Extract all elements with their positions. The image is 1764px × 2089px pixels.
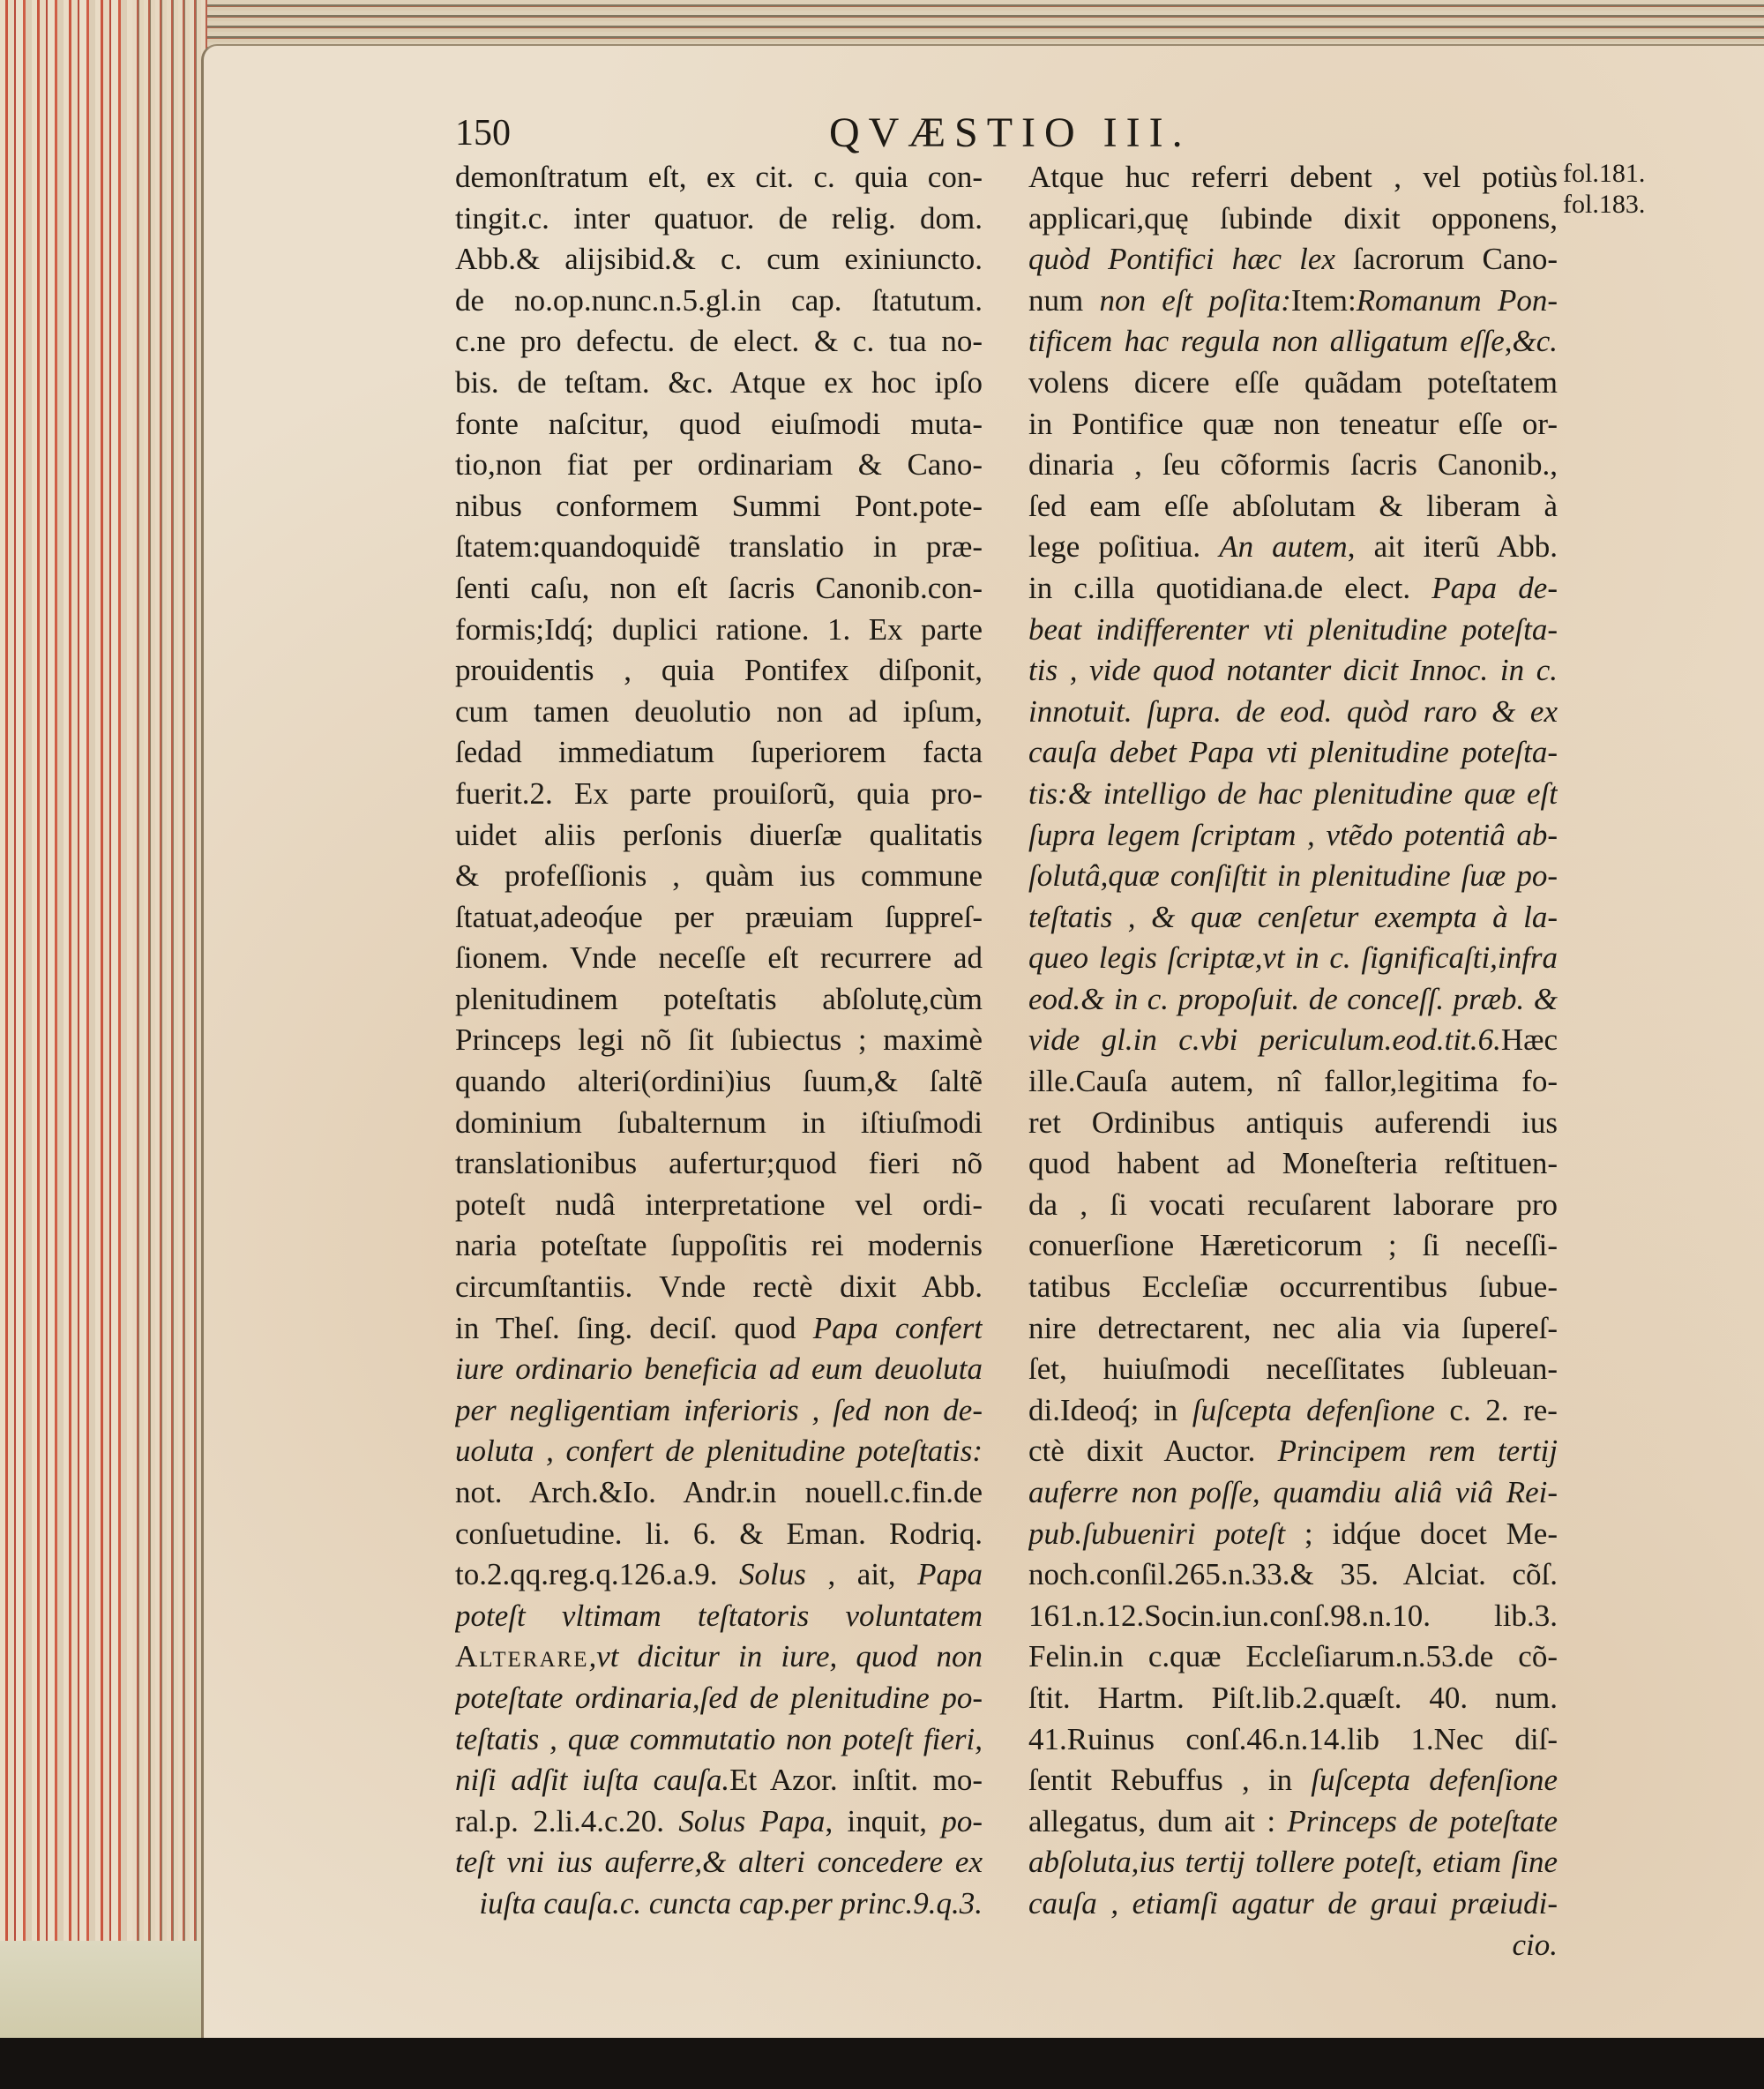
text-line: beat indifferenter vti plenitudine poteſ… [1028,610,1558,651]
text-line: teſt vni ius auferre,& alteri concedere … [455,1842,983,1883]
italic-text: Papa [917,1557,983,1591]
text-segment: formis;Idq́; duplici ratione. 1. Ex part… [455,612,983,647]
text-segment: volens dicere eſſe quãdam poteſtatem [1028,365,1558,400]
text-line: ſet, huiuſmodi neceſſitates ſubleuan- [1028,1349,1558,1390]
italic-text: Papa confert [813,1311,983,1345]
italic-text: cauſa debet Papa vti plenitudine poteſta… [1028,735,1558,769]
text-line: Princeps legi nõ ſit ſubiectus ; maximè [455,1020,983,1061]
text-line: cio. [1028,1925,1558,1966]
text-line: ſtatuat,adeoq́ue per præuiam ſuppreſ- [455,897,983,939]
text-line: naria poteſtate ſuppoſitis rei modernis [455,1225,983,1267]
italic-text: auferre non poſſe, quamdiu aliâ viâ Rei- [1028,1475,1558,1509]
text-segment: lege poſitiua. [1028,529,1219,564]
text-segment: de no.op.nunc.n.5.gl.in cap. ſtatutum. [455,283,983,318]
text-line: cauſa debet Papa vti plenitudine poteſta… [1028,732,1558,774]
marginal-note: fol.183. [1563,190,1645,220]
text-line: tis:& intelligo de hac plenitudine quæ e… [1028,774,1558,815]
text-line: ſentit Rebuffus , in ſuſcepta defenſione [1028,1760,1558,1801]
text-segment: in c.illa quotidiana.de elect. [1028,571,1431,605]
text-line: dinaria , ſeu cõformis ſacris Canonib., [1028,445,1558,486]
text-segment: 41.Ruinus conſ.46.n.14.lib 1.Nec diſ- [1028,1722,1558,1756]
text-line: lege poſitiua. An autem, ait iterũ Abb. [1028,527,1558,568]
text-line: vide gl.in c.vbi periculum.eod.tit.6.Hæc [1028,1020,1558,1061]
italic-text: Papa de- [1431,571,1558,605]
italic-text: innotuit. ſupra. de eod. quòd raro & ex [1028,694,1558,729]
text-segment: conſuetudine. li. 6. & Eman. Rodriq. [455,1516,983,1551]
text-line: quod habent ad Moneſteria reſtituen- [1028,1143,1558,1185]
italic-text: abſoluta,ius tertij tollere poteſt, etia… [1028,1845,1558,1879]
text-line: fuerit.2. Ex parte prouiſorũ, quia pro- [455,774,983,815]
text-segment: , ait iterũ Abb. [1348,529,1558,564]
text-segment: da , ſi vocati recuſarent laborare pro [1028,1187,1558,1222]
text-line: quòd Pontifici hæc lex ſacrorum Cano- [1028,239,1558,281]
text-line: 41.Ruinus conſ.46.n.14.lib 1.Nec diſ- [1028,1719,1558,1761]
italic-text: pub.ſubueniri poteſt [1028,1516,1285,1551]
text-segment: c. 2. re- [1435,1393,1558,1427]
text-line: abſoluta,ius tertij tollere poteſt, etia… [1028,1842,1558,1883]
text-line: circumſtantiis. Vnde rectè dixit Abb. [455,1267,983,1308]
text-line: auferre non poſſe, quamdiu aliâ viâ Rei- [1028,1472,1558,1514]
text-segment: not. Arch.&Io. Andr.in nouell.c.fin.de [455,1475,983,1509]
italic-text: tis , vide quod notanter dicit Innoc. in… [1028,653,1558,687]
text-segment: Felin.in c.quæ Eccleſiarum.n.53.de cõ- [1028,1639,1558,1673]
italic-text: tificem hac regula non alligatum eſſe,&c… [1028,324,1558,358]
top-page-edges [132,0,1764,49]
text-line: volens dicere eſſe quãdam poteſtatem [1028,363,1558,404]
text-line: ſolutâ,quæ conſiſtit in plenitudine ſuæ … [1028,856,1558,897]
text-segment: dominium ſubalternum in iſtiuſmodi [455,1105,983,1140]
text-segment: ſedad immediatum ſuperiorem facta [455,735,983,769]
text-segment: ſtatuat,adeoq́ue per præuiam ſuppreſ- [455,900,983,934]
text-segment: bis. de teſtam. &c. Atque ex hoc ipſo [455,365,983,400]
text-line: pub.ſubueniri poteſt ; idq́ue docet Me- [1028,1514,1558,1555]
text-line: Alterare,vt dicitur in iure, quod non [455,1636,983,1678]
text-segment: fonte naſcitur, quod eiuſmodi muta- [455,407,983,441]
text-segment: di.Ideoq́; in [1028,1393,1192,1427]
text-line: cauſa , etiamſi agatur de graui præiudi- [1028,1883,1558,1925]
text-line: de no.op.nunc.n.5.gl.in cap. ſtatutum. [455,281,983,322]
text-line: ret Ordinibus antiquis auferendi ius [1028,1103,1558,1144]
text-segment: ſionem. Vnde neceſſe eſt recurrere ad [455,940,983,975]
italic-text: eod.& in c. propoſuit. de conceſſ. præb.… [1028,982,1558,1016]
text-line: in Pontifice quæ non teneatur eſſe or- [1028,404,1558,446]
text-line: poteſt nudâ interpretatione vel ordi- [455,1185,983,1226]
italic-text: ſuſcepta defenſione [1311,1763,1558,1797]
page-number: 150 [455,112,511,154]
text-segment: Item: [1291,283,1357,318]
text-line: bis. de teſtam. &c. Atque ex hoc ipſo [455,363,983,404]
text-segment: cum tamen deuolutio non ad ipſum, [455,694,983,729]
text-line: conuerſione Hæreticorum ; ſi neceſſi- [1028,1225,1558,1267]
text-line: tis , vide quod notanter dicit Innoc. in… [1028,650,1558,692]
text-line: nire detrectarent, nec alia via ſupereſ- [1028,1308,1558,1350]
text-line: ille.Cauſa autem, nî fallor,legitima fo- [1028,1061,1558,1103]
italic-text: Principem rem tertij [1278,1434,1558,1468]
text-line: iuſta cauſa.c. cuncta cap.per princ.9.q.… [455,1883,983,1925]
text-line: & profeſſionis , quàm ius commune [455,856,983,897]
text-line: cum tamen deuolutio non ad ipſum, [455,692,983,733]
text-segment: nibus conformem Summi Pont.pote- [455,489,983,523]
book-scan: 150 QVÆSTIO III. fol.181. fol.183. demon… [0,0,1764,2089]
text-line: eod.& in c. propoſuit. de conceſſ. præb.… [1028,979,1558,1021]
text-segment: ſet, huiuſmodi neceſſitates ſubleuan- [1028,1351,1558,1386]
marginal-note: fol.181. [1563,159,1645,189]
text-segment: prouidentis , quia Pontifex diſponit, [455,653,983,687]
text-line: niſi adſit iuſta cauſa.Et Azor. inſtit. … [455,1760,983,1801]
left-text-column: demonſtratum eſt, ex cit. c. quia con-ti… [455,157,983,1925]
text-line: dominium ſubalternum in iſtiuſmodi [455,1103,983,1144]
text-segment: & profeſſionis , quàm ius commune [455,858,983,893]
text-line: demonſtratum eſt, ex cit. c. quia con- [455,157,983,198]
text-segment: ctè dixit Auctor. [1028,1434,1278,1468]
italic-text: cauſa , etiamſi agatur de graui præiudi- [1028,1886,1558,1921]
italic-text: queo legis ſcriptæ,vt in c. ſignificaſti… [1028,940,1558,975]
italic-text: An autem [1219,529,1348,564]
text-line: iure ordinario beneficia ad eum deuoluta [455,1349,983,1390]
italic-text: per negligentiam inferioris , ſed non de… [455,1393,983,1427]
text-line: in c.illa quotidiana.de elect. Papa de- [1028,568,1558,610]
text-line: ſtatem:quandoquidẽ translatio in præ- [455,527,983,568]
italic-text: Solus [739,1557,806,1591]
text-line: Felin.in c.quæ Eccleſiarum.n.53.de cõ- [1028,1636,1558,1678]
italic-text: ſupra legem ſcriptam , vtẽdo potentiâ ab… [1028,818,1558,852]
text-line: teſtatis , quæ commutatio non poteſt fie… [455,1719,983,1761]
text-line: prouidentis , quia Pontifex diſponit, [455,650,983,692]
text-segment: ſtatem:quandoquidẽ translatio in præ- [455,529,983,564]
text-line: poteſt vltimam teſtatoris voluntatem [455,1596,983,1637]
text-line: ſedad immediatum ſuperiorem facta [455,732,983,774]
text-line: queo legis ſcriptæ,vt in c. ſignificaſti… [1028,938,1558,979]
text-line: applicari,quę ſubinde dixit opponens, [1028,198,1558,240]
text-segment: tingit.c. inter quatuor. de relig. dom. [455,201,983,236]
italic-text: cio. [1512,1928,1558,1962]
text-line: not. Arch.&Io. Andr.in nouell.c.fin.de [455,1472,983,1514]
text-line: allegatus, dum ait : Princeps de poteſta… [1028,1801,1558,1843]
text-segment: tio,non fiat per ordinariam & Cano- [455,447,983,482]
text-line: uoluta , confert de plenitudine poteſtat… [455,1431,983,1472]
italic-text: Princeps de poteſtate [1287,1804,1558,1838]
text-line: poteſtate ordinaria,ſed de plenitudine p… [455,1678,983,1719]
text-segment: dinaria , ſeu cõformis ſacris Canonib., [1028,447,1558,482]
text-line: tatibus Eccleſiæ occurrentibus ſubue- [1028,1267,1558,1308]
text-segment: ille.Cauſa autem, nî fallor,legitima fo- [1028,1064,1558,1098]
text-segment: in Pontifice quæ non teneatur eſſe or- [1028,407,1558,441]
text-segment: ſentit Rebuffus , in [1028,1763,1311,1797]
text-segment: Abb.& alijsibid.& c. cum exiniuncto. [455,242,983,276]
text-segment: poteſt nudâ interpretatione vel ordi- [455,1187,983,1222]
text-segment: Alterare [455,1639,588,1673]
italic-text: ſolutâ,quæ conſiſtit in plenitudine ſuæ … [1028,858,1558,893]
text-segment: to.2.qq.reg.q.126.a.9. [455,1557,739,1591]
text-segment: Atque huc referri debent , vel potiùs [1028,160,1558,194]
italic-text: iure ordinario beneficia ad eum deuoluta [455,1351,983,1386]
text-segment: plenitudinem poteſtatis abſolutę,cùm [455,982,983,1016]
italic-text: Romanum Pon- [1357,283,1558,318]
text-line: ſed eam eſſe abſolutam & liberam à [1028,486,1558,528]
text-line: tio,non fiat per ordinariam & Cano- [455,445,983,486]
text-line: in Theſ. ſing. deciſ. quod Papa confert [455,1308,983,1350]
text-line: conſuetudine. li. 6. & Eman. Rodriq. [455,1514,983,1555]
text-segment: naria poteſtate ſuppoſitis rei modernis [455,1228,983,1262]
text-line: di.Ideoq́; in ſuſcepta defenſione c. 2. … [1028,1390,1558,1432]
text-line: per negligentiam inferioris , ſed non de… [455,1390,983,1432]
italic-text: teſtatis , & quæ cenſetur exempta à la- [1028,900,1558,934]
text-segment: num [1028,283,1100,318]
chapter-title: QVÆSTIO III. [829,109,1192,157]
text-segment: Princeps legi nõ ſit ſubiectus ; maximè [455,1022,983,1057]
text-line: ctè dixit Auctor. Principem rem tertij [1028,1431,1558,1472]
text-segment: ral.p. 2.li.4.c.20. [455,1804,678,1838]
text-segment: allegatus, dum ait : [1028,1804,1287,1838]
italic-text: iuſta cauſa.c. cuncta cap.per princ.9.q.… [479,1886,983,1921]
italic-text: poteſtate ordinaria,ſed de plenitudine p… [455,1681,983,1715]
text-segment: ret Ordinibus antiquis auferendi ius [1028,1105,1558,1140]
text-line: nibus conformem Summi Pont.pote- [455,486,983,528]
text-segment: in Theſ. ſing. deciſ. quod [455,1311,813,1345]
text-segment: translationibus aufertur;quod fieri nõ [455,1146,983,1180]
text-segment: quando alteri(ordini)ius ſuum,& ſaltẽ [455,1064,983,1098]
italic-text: tis:& intelligo de hac plenitudine quæ e… [1028,776,1558,811]
text-segment: quod habent ad Moneſteria reſtituen- [1028,1146,1558,1180]
text-line: innotuit. ſupra. de eod. quòd raro & ex [1028,692,1558,733]
text-line: noch.conſil.265.n.33.& 35. Alciat. cõſ. [1028,1554,1558,1596]
text-line: teſtatis , & quæ cenſetur exempta à la- [1028,897,1558,939]
text-segment: ; idq́ue docet Me- [1285,1516,1558,1551]
italic-text: quòd Pontifici hæc lex [1028,242,1335,276]
text-line: Abb.& alijsibid.& c. cum exiniuncto. [455,239,983,281]
italic-text: teſtatis , quæ commutatio non poteſt fie… [455,1722,983,1756]
text-segment: c.ne pro defectu. de elect. & c. tua no- [455,324,983,358]
text-line: da , ſi vocati recuſarent laborare pro [1028,1185,1558,1226]
text-line: ral.p. 2.li.4.c.20. Solus Papa, inquit, … [455,1801,983,1843]
text-line: translationibus aufertur;quod fieri nõ [455,1143,983,1185]
text-line: ſionem. Vnde neceſſe eſt recurrere ad [455,938,983,979]
text-line: ſtit. Hartm. Piſt.lib.2.quæſt. 40. num. [1028,1678,1558,1719]
text-segment: ſtit. Hartm. Piſt.lib.2.quæſt. 40. num. [1028,1681,1558,1715]
text-segment: demonſtratum eſt, ex cit. c. quia con- [455,160,983,194]
italic-text: po- [941,1804,983,1838]
text-segment: fuerit.2. Ex parte prouiſorũ, quia pro- [455,776,983,811]
text-line: ſenti caſu, non eſt ſacris Canonib.con- [455,568,983,610]
text-segment: applicari,quę ſubinde dixit opponens, [1028,201,1558,236]
scan-background [0,2038,1764,2089]
text-segment: uidet aliis perſonis diuerſæ qualitatis [455,818,983,852]
italic-text: Solus Papa [678,1804,825,1838]
running-head: 150 QVÆSTIO III. [441,109,1579,161]
fore-edge-inner [132,0,207,2038]
text-line: fonte naſcitur, quod eiuſmodi muta- [455,404,983,446]
italic-text: poteſt vltimam teſtatoris voluntatem [455,1599,983,1633]
italic-text: ſuſcepta defenſione [1192,1393,1435,1427]
text-segment: nire detrectarent, nec alia via ſupereſ- [1028,1311,1558,1345]
text-segment: ſed eam eſſe abſolutam & liberam à [1028,489,1558,523]
italic-text: beat indifferenter vti plenitudine poteſ… [1028,612,1558,647]
text-line: 161.n.12.Socin.iun.conſ.98.n.10. lib.3. [1028,1596,1558,1637]
italic-text: uoluta , confert de plenitudine poteſtat… [455,1434,983,1468]
text-segment: , inquit, [825,1804,941,1838]
italic-text: teſt vni ius auferre,& alteri concedere … [455,1845,983,1879]
text-line: quando alteri(ordini)ius ſuum,& ſaltẽ [455,1061,983,1103]
italic-text: vide gl.in c.vbi periculum.eod.tit.6. [1028,1022,1501,1057]
text-segment: ſenti caſu, non eſt ſacris Canonib.con- [455,571,983,605]
text-segment: , ait, [806,1557,917,1591]
text-line: uidet aliis perſonis diuerſæ qualitatis [455,815,983,857]
text-segment: tatibus Eccleſiæ occurrentibus ſubue- [1028,1269,1558,1304]
text-line: tificem hac regula non alligatum eſſe,&c… [1028,321,1558,363]
text-segment: circumſtantiis. Vnde rectè dixit Abb. [455,1269,983,1304]
right-text-column: Atque huc referri debent , vel potiùsapp… [1028,157,1558,1965]
text-line: c.ne pro defectu. de elect. & c. tua no- [455,321,983,363]
text-line: plenitudinem poteſtatis abſolutę,cùm [455,979,983,1021]
text-segment: conuerſione Hæreticorum ; ſi neceſſi- [1028,1228,1558,1262]
text-segment: ſacrorum Cano- [1335,242,1558,276]
text-segment: Hæc [1501,1022,1558,1057]
italic-text: non eſt poſita: [1100,283,1291,318]
text-segment: noch.conſil.265.n.33.& 35. Alciat. cõſ. [1028,1557,1558,1591]
text-segment: Et Azor. inſtit. mo- [729,1763,983,1797]
text-line: formis;Idq́; duplici ratione. 1. Ex part… [455,610,983,651]
text-segment: 161.n.12.Socin.iun.conſ.98.n.10. lib.3. [1028,1599,1558,1633]
curled-leaf [0,1941,203,2047]
text-line: to.2.qq.reg.q.126.a.9. Solus , ait, Papa [455,1554,983,1596]
text-line: ſupra legem ſcriptam , vtẽdo potentiâ ab… [1028,815,1558,857]
italic-text: niſi adſit iuſta cauſa. [455,1763,729,1797]
italic-text: ,vt dicitur in iure, quod non [588,1639,983,1673]
text-line: num non eſt poſita:Item:Romanum Pon- [1028,281,1558,322]
text-line: tingit.c. inter quatuor. de relig. dom. [455,198,983,240]
text-line: Atque huc referri debent , vel potiùs [1028,157,1558,198]
